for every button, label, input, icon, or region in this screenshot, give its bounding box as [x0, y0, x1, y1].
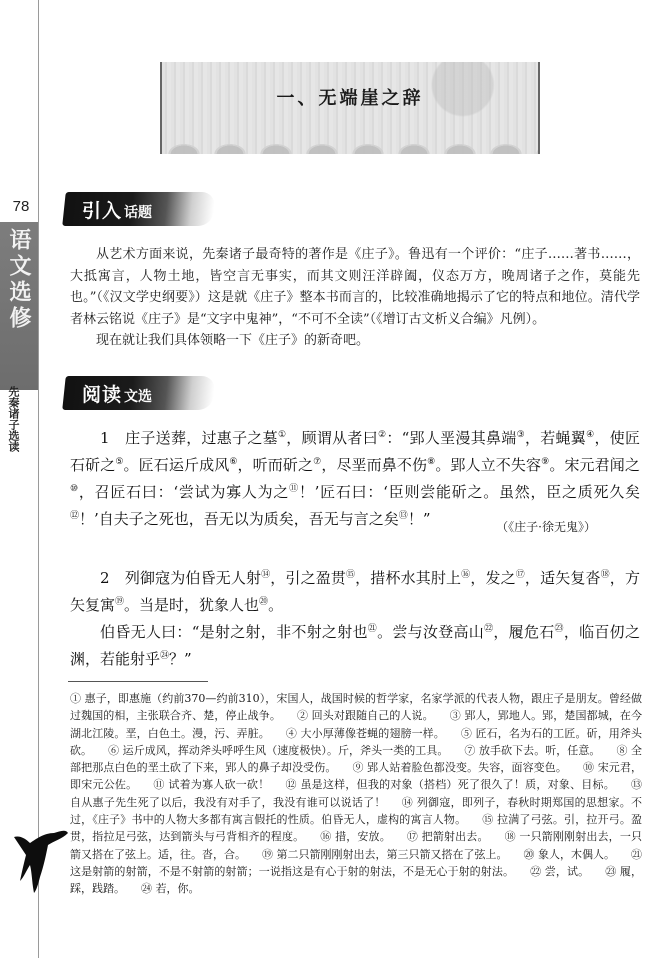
footnote-marker[interactable]: ⑱	[601, 570, 610, 580]
footnote-marker[interactable]: ㉔	[160, 651, 169, 661]
footnote-marker[interactable]: ⑲	[115, 597, 124, 607]
footnotes: ① 惠子，即惠施（约前370—约前310），宋国人，战国时候的哲学家，名家学派的…	[70, 690, 642, 898]
footnote-marker[interactable]: ⑭	[261, 570, 270, 580]
footnote-item: ⑰ 把箭射出去。	[407, 830, 489, 843]
reading-heading-main: 阅读	[82, 384, 122, 406]
footnote-marker[interactable]: ⑤	[115, 457, 123, 467]
footnote-item: ⑯ 措，安放。	[320, 830, 391, 843]
footnote-item: ㉔ 若，你。	[141, 882, 200, 895]
passage-text: 。宋元君闻之	[549, 456, 640, 474]
passage-text: 。尝与汝登高山	[377, 623, 484, 641]
intro-heading-main: 引入	[82, 200, 122, 222]
passage-text: ，若蝇翼	[525, 429, 586, 447]
passage-text: ，适矢复沓	[525, 569, 601, 587]
intro-paragraph: 从艺术方面来说，先秦诸子最奇特的著作是《庄子》。鲁迅有一个评价：“庄子……著书……	[70, 244, 640, 330]
passage-1: 1 庄子送葬，过惠子之墓①，顾谓从者曰②：“郢人垩漫其鼻端③，若蝇翼④，使匠石斫…	[70, 425, 640, 533]
passage-text: 1 庄子送葬，过惠子之墓	[100, 429, 278, 447]
page-number: 78	[6, 198, 36, 215]
reading-heading-sub: 文选	[124, 389, 152, 405]
footnote-marker[interactable]: ㉑	[368, 624, 377, 634]
passage-text: ，尽垩而鼻不伤	[321, 456, 427, 474]
passage-text: 。当是时，犹象人也	[124, 596, 259, 614]
ink-figure-icon	[10, 825, 70, 895]
margin-rule	[38, 0, 39, 958]
wave-pattern-decoration	[162, 132, 538, 154]
passage-text: 2 列御寇为伯昏无人射	[100, 569, 261, 587]
passage-text: ！’自夫子之死也，吾无以为质矣，吾无与言之矣	[79, 510, 399, 528]
footnote-marker[interactable]: ⑬	[399, 511, 408, 521]
footnote-item: ⑲ 第二只箭刚刚射出去，第三只箭又搭在了弦上。	[262, 848, 508, 861]
footnote-item: ② 回头对跟随自己的人说。	[297, 709, 434, 722]
footnote-divider	[68, 681, 208, 682]
passage-text: 。	[268, 596, 283, 614]
passage-text: ，听而斫之	[238, 456, 314, 474]
footnote-item: ⑦ 放手砍下去。听，任意。	[464, 744, 600, 757]
footnote-marker[interactable]: ⑳	[259, 597, 268, 607]
footnote-item: ⑫ 虽是这样，但我的对象（搭档）死了很久了！质，对象、目标。	[285, 778, 615, 791]
intro-heading-sub: 话题	[124, 205, 152, 221]
passage-text: ！’匠石曰：‘臣则尝能斫之。虽然，臣之质死久矣	[299, 483, 640, 501]
footnote-marker[interactable]: ⑮	[346, 570, 355, 580]
passage-text: ：“郢人垩漫其鼻端	[386, 429, 516, 447]
passage-text: ，引之盈贯	[270, 569, 346, 587]
chapter-banner: 一、无端崖之辞	[160, 62, 540, 154]
footnote-item: ⑳ 象人，木偶人。	[524, 848, 616, 861]
intro-heading: 引入话题	[82, 196, 152, 223]
footnote-marker[interactable]: ⑯	[461, 570, 470, 580]
passage-text: ，履危石	[493, 623, 554, 641]
passage-text: ，发之	[470, 569, 515, 587]
passage-text: ！”	[408, 510, 431, 528]
footnote-item: ⑨ 郢人站着脸色都没变。失容，面容变色。	[352, 761, 567, 774]
passage-text: 。郢人立不失容	[435, 456, 541, 474]
footnote-item: ④ 大小厚薄像苍蝇的翅膀一样。	[286, 727, 445, 740]
footnote-item: ㉒ 尝，试。	[530, 865, 589, 878]
passage-text: ，措杯水其肘上	[355, 569, 461, 587]
passage-1-source: （《庄子·徐无鬼》）	[496, 518, 596, 535]
passage-text: 伯昏无人曰：“是射之射，非不射之射也	[100, 623, 368, 641]
passage-2-paragraph-1: 2 列御寇为伯昏无人射⑭，引之盈贯⑮，措杯水其肘上⑯，发之⑰，适矢复沓⑱，方矢复…	[70, 565, 640, 619]
footnote-marker[interactable]: ⑰	[516, 570, 525, 580]
passage-text: ，召匠石曰：‘尝试为寡人为之	[79, 483, 289, 501]
side-section-label: 先秦诸子选读	[4, 386, 20, 452]
passage-text: ？”	[169, 650, 192, 668]
intro-paragraph: 现在就让我们具体领略一下《庄子》的新奇吧。	[70, 330, 640, 352]
footnote-marker[interactable]: ⑥	[229, 457, 237, 467]
side-tab: 语文选修	[0, 222, 38, 390]
footnote-marker[interactable]: ⑫	[70, 511, 79, 521]
footnote-marker[interactable]: ⑪	[289, 484, 299, 494]
passage-text: ，顾谓从者曰	[286, 429, 378, 447]
footnote-marker[interactable]: ③	[517, 430, 525, 440]
footnote-item: ⑪ 试着为寡人砍一砍！	[153, 778, 269, 791]
chapter-title: 一、无端崖之辞	[162, 84, 538, 110]
footnote-item: ⑥ 运斤成风，挥动斧头呼呼生风（速度极快）。斤，斧头一类的工具。	[108, 744, 448, 757]
footnote-marker[interactable]: ㉓	[555, 624, 564, 634]
footnote-marker[interactable]: ㉒	[484, 624, 493, 634]
reading-heading: 阅读文选	[82, 380, 152, 407]
footnote-marker[interactable]: ⑩	[70, 484, 79, 494]
passage-text: 。匠石运斤成风	[124, 456, 230, 474]
passage-2-paragraph-2: 伯昏无人曰：“是射之射，非不射之射也㉑。尝与汝登高山㉒，履危石㉓，临百仞之渊，若…	[70, 619, 640, 673]
side-tab-title: 语文选修	[0, 228, 38, 332]
